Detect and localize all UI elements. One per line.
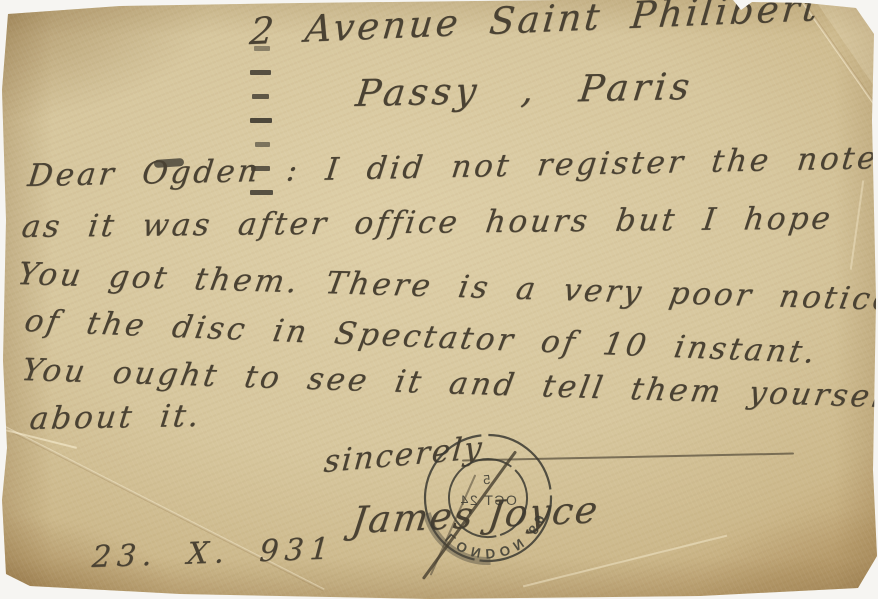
postcard-scan: 2 Avenue Saint Philibert Passy , Paris D…	[0, 0, 878, 599]
postmark-date-text: OCT 24	[459, 492, 517, 508]
cancellation-dash	[250, 190, 273, 195]
cancellation-dash	[250, 118, 272, 123]
address-line-2: Passy , Paris	[353, 65, 695, 115]
date-line: 23. X. 931	[91, 531, 336, 575]
address-line-1: 2 Avenue Saint Philibert	[248, 0, 822, 53]
crease-right-edge	[850, 180, 865, 269]
cancellation-dash	[255, 142, 270, 147]
body-line-2: as it was after office hours but I hope	[20, 200, 836, 245]
cancellation-dash	[250, 70, 271, 75]
paper: 2 Avenue Saint Philibert Passy , Paris D…	[0, 0, 878, 599]
cancellation-dash	[252, 94, 269, 99]
body-line-6: about it.	[28, 398, 204, 437]
body-line-1: Dear Ogden : I did not register the note	[26, 140, 878, 194]
